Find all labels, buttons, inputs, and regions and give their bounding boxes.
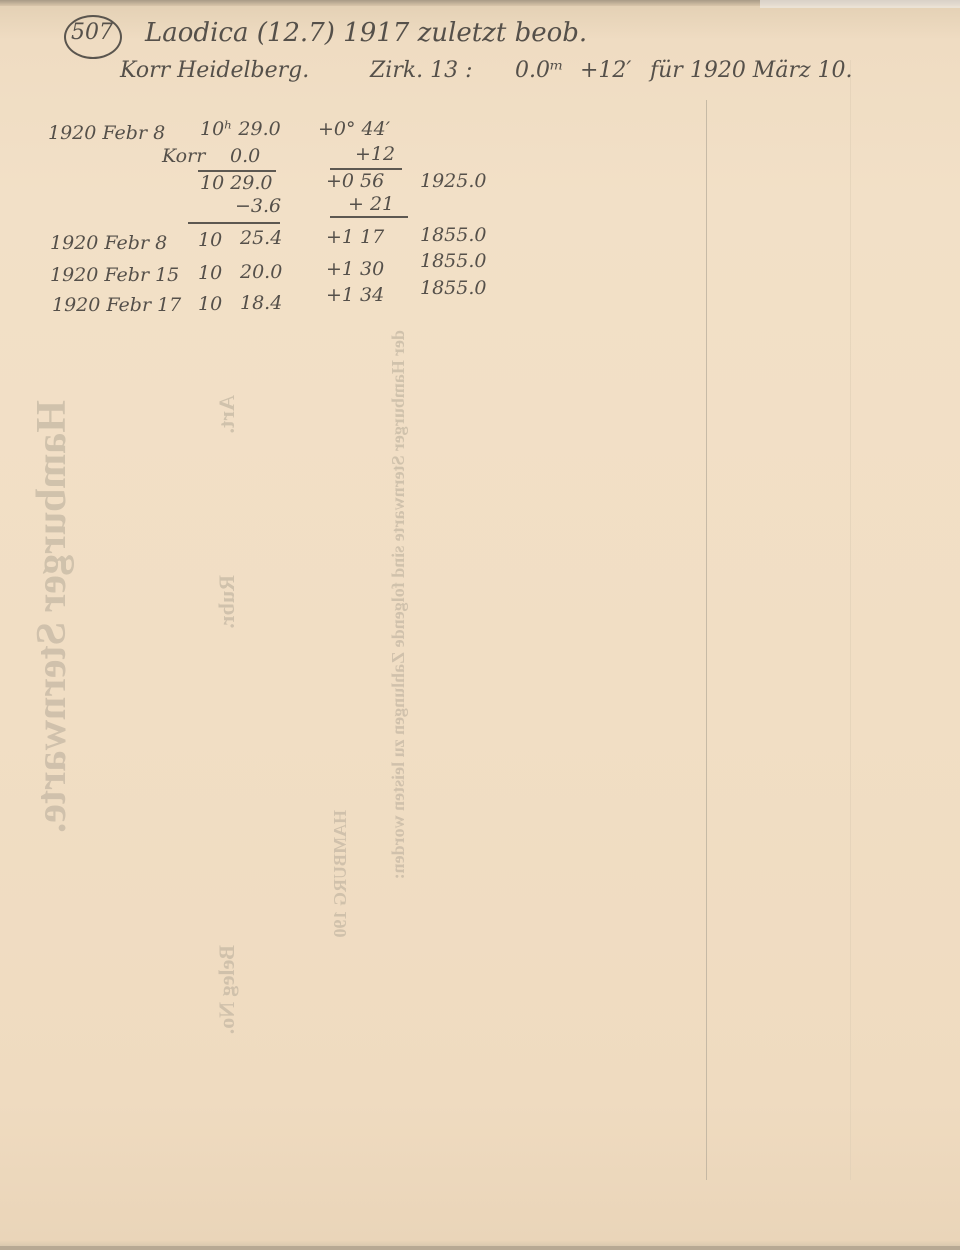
scanned-page: Hamburger Sternwarte. Art. Rubr. Beleg N… xyxy=(0,0,960,1250)
result-ra-h: 10 xyxy=(198,293,222,315)
precession-dec: + 21 xyxy=(348,193,394,215)
bleed-title: Hamburger Sternwarte. xyxy=(28,400,76,833)
sum-rule-dec-2 xyxy=(330,216,408,218)
result-epoch: 1855.0 xyxy=(420,277,486,299)
subtotal-epoch: 1925.0 xyxy=(420,170,486,192)
catalog-number: 507 xyxy=(71,20,113,45)
paper-torn-corner xyxy=(760,0,960,8)
result-ra-m: 20.0 xyxy=(240,261,282,283)
calc-date: 1920 Febr 8 xyxy=(48,122,165,144)
header-line-2-suffix: für 1920 März 10. xyxy=(650,58,853,83)
result-date: 1920 Febr 8 xyxy=(50,232,167,254)
calc-dec: +0° 44′ xyxy=(318,118,390,140)
bleed-place-date: HAMBURG 190 xyxy=(330,810,351,938)
result-ra-h: 10 xyxy=(198,262,222,284)
result-epoch: 1855.0 xyxy=(420,250,486,272)
subtotal-dec: +0 56 xyxy=(326,170,384,192)
bleed-field-beleg: Beleg No. xyxy=(214,945,240,1034)
header-line-1: Laodica (12.7) 1917 zuletzt beob. xyxy=(145,18,587,48)
paper-bottom-edge xyxy=(0,1246,960,1250)
korr-dec: +12 xyxy=(355,143,395,165)
result-ra-m: 25.4 xyxy=(240,227,282,249)
korr-ra: 0.0 xyxy=(230,145,260,167)
bleed-notice: der Hamburger Sternwarte sind folgende Z… xyxy=(388,330,409,879)
header-line-2-ref: Zirk. 13 : xyxy=(370,58,473,83)
header-line-2-corr-dec: +12′ xyxy=(580,58,631,83)
calc-ra: 10ʰ 29.0 xyxy=(200,118,281,140)
subtotal-ra: 10 29.0 xyxy=(200,172,273,194)
sum-rule-ra-2 xyxy=(188,222,280,224)
faint-vertical-rule xyxy=(850,60,851,1180)
precession-ra: −3.6 xyxy=(235,195,281,217)
header-line-2-corr-ra: 0.0ᵐ xyxy=(515,58,563,83)
bleed-field-art: Art. xyxy=(214,395,240,433)
printed-vertical-rule xyxy=(706,100,707,1180)
result-ra-h: 10 xyxy=(198,229,222,251)
bleed-field-rubr: Rubr. xyxy=(214,575,240,629)
result-epoch: 1855.0 xyxy=(420,224,486,246)
header-line-2-prefix: Korr Heidelberg. xyxy=(120,58,309,83)
result-dec: +1 34 xyxy=(326,284,384,306)
korr-label: Korr xyxy=(162,145,205,167)
result-dec: +1 17 xyxy=(326,226,384,248)
result-ra-m: 18.4 xyxy=(240,292,282,314)
result-dec: +1 30 xyxy=(326,258,384,280)
result-date: 1920 Febr 17 xyxy=(52,294,181,316)
result-date: 1920 Febr 15 xyxy=(50,264,179,286)
